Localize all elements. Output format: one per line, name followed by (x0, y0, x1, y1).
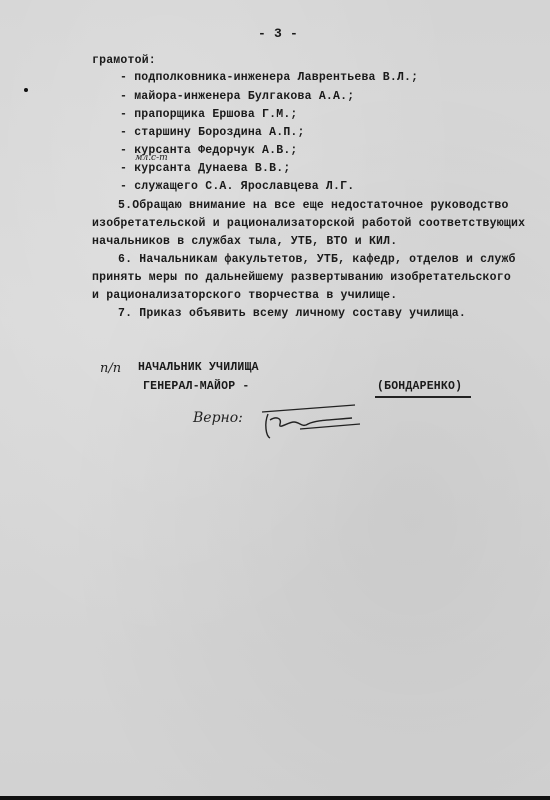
list-item: - служащего С.А. Ярославцева Л.Г. (120, 180, 354, 193)
paragraph-line: принять меры по дальнейшему развертывани… (92, 271, 511, 284)
signatory-rank: ГЕНЕРАЛ-МАЙОР - (143, 380, 250, 393)
certified-label: Верно: (193, 410, 243, 426)
document-page: - 3 - грамотой: - подполковника-инженера… (0, 0, 550, 800)
paragraph-line: и рационализаторского творчества в учили… (92, 289, 397, 302)
ink-speck (24, 88, 28, 92)
signatory-name: (БОНДАРЕНКО) (377, 380, 462, 393)
page-number: - 3 - (258, 26, 298, 41)
paragraph-line: 5.Обращаю внимание на все еще недостаточ… (118, 199, 509, 212)
intro-text: грамотой: (92, 54, 156, 67)
name-underline (375, 396, 471, 398)
list-item: - старшину Бороздина А.П.; (120, 126, 305, 139)
paragraph-line: начальников в службах тыла, УТБ, ВТО и К… (92, 235, 397, 248)
signature-scribble (260, 402, 370, 442)
list-item: - прапорщика Ершова Г.М.; (120, 108, 298, 121)
signatory-title: НАЧАЛЬНИК УЧИЛИЩА (138, 361, 259, 374)
paragraph-line: 6. Начальникам факультетов, УТБ, кафедр,… (118, 253, 516, 266)
paragraph-line: изобретательской и рационализаторской ра… (92, 217, 525, 230)
list-item: - подполковника-инженера Лаврентьева В.Л… (120, 71, 418, 84)
list-item: - курсанта Дунаева В.В.; (120, 162, 290, 175)
handwritten-pp: п/п (100, 361, 121, 376)
scan-edge (0, 796, 550, 800)
paragraph-line: 7. Приказ объявить всему личному составу… (118, 307, 466, 320)
list-item: - майора-инженера Булгакова А.А.; (120, 90, 354, 103)
